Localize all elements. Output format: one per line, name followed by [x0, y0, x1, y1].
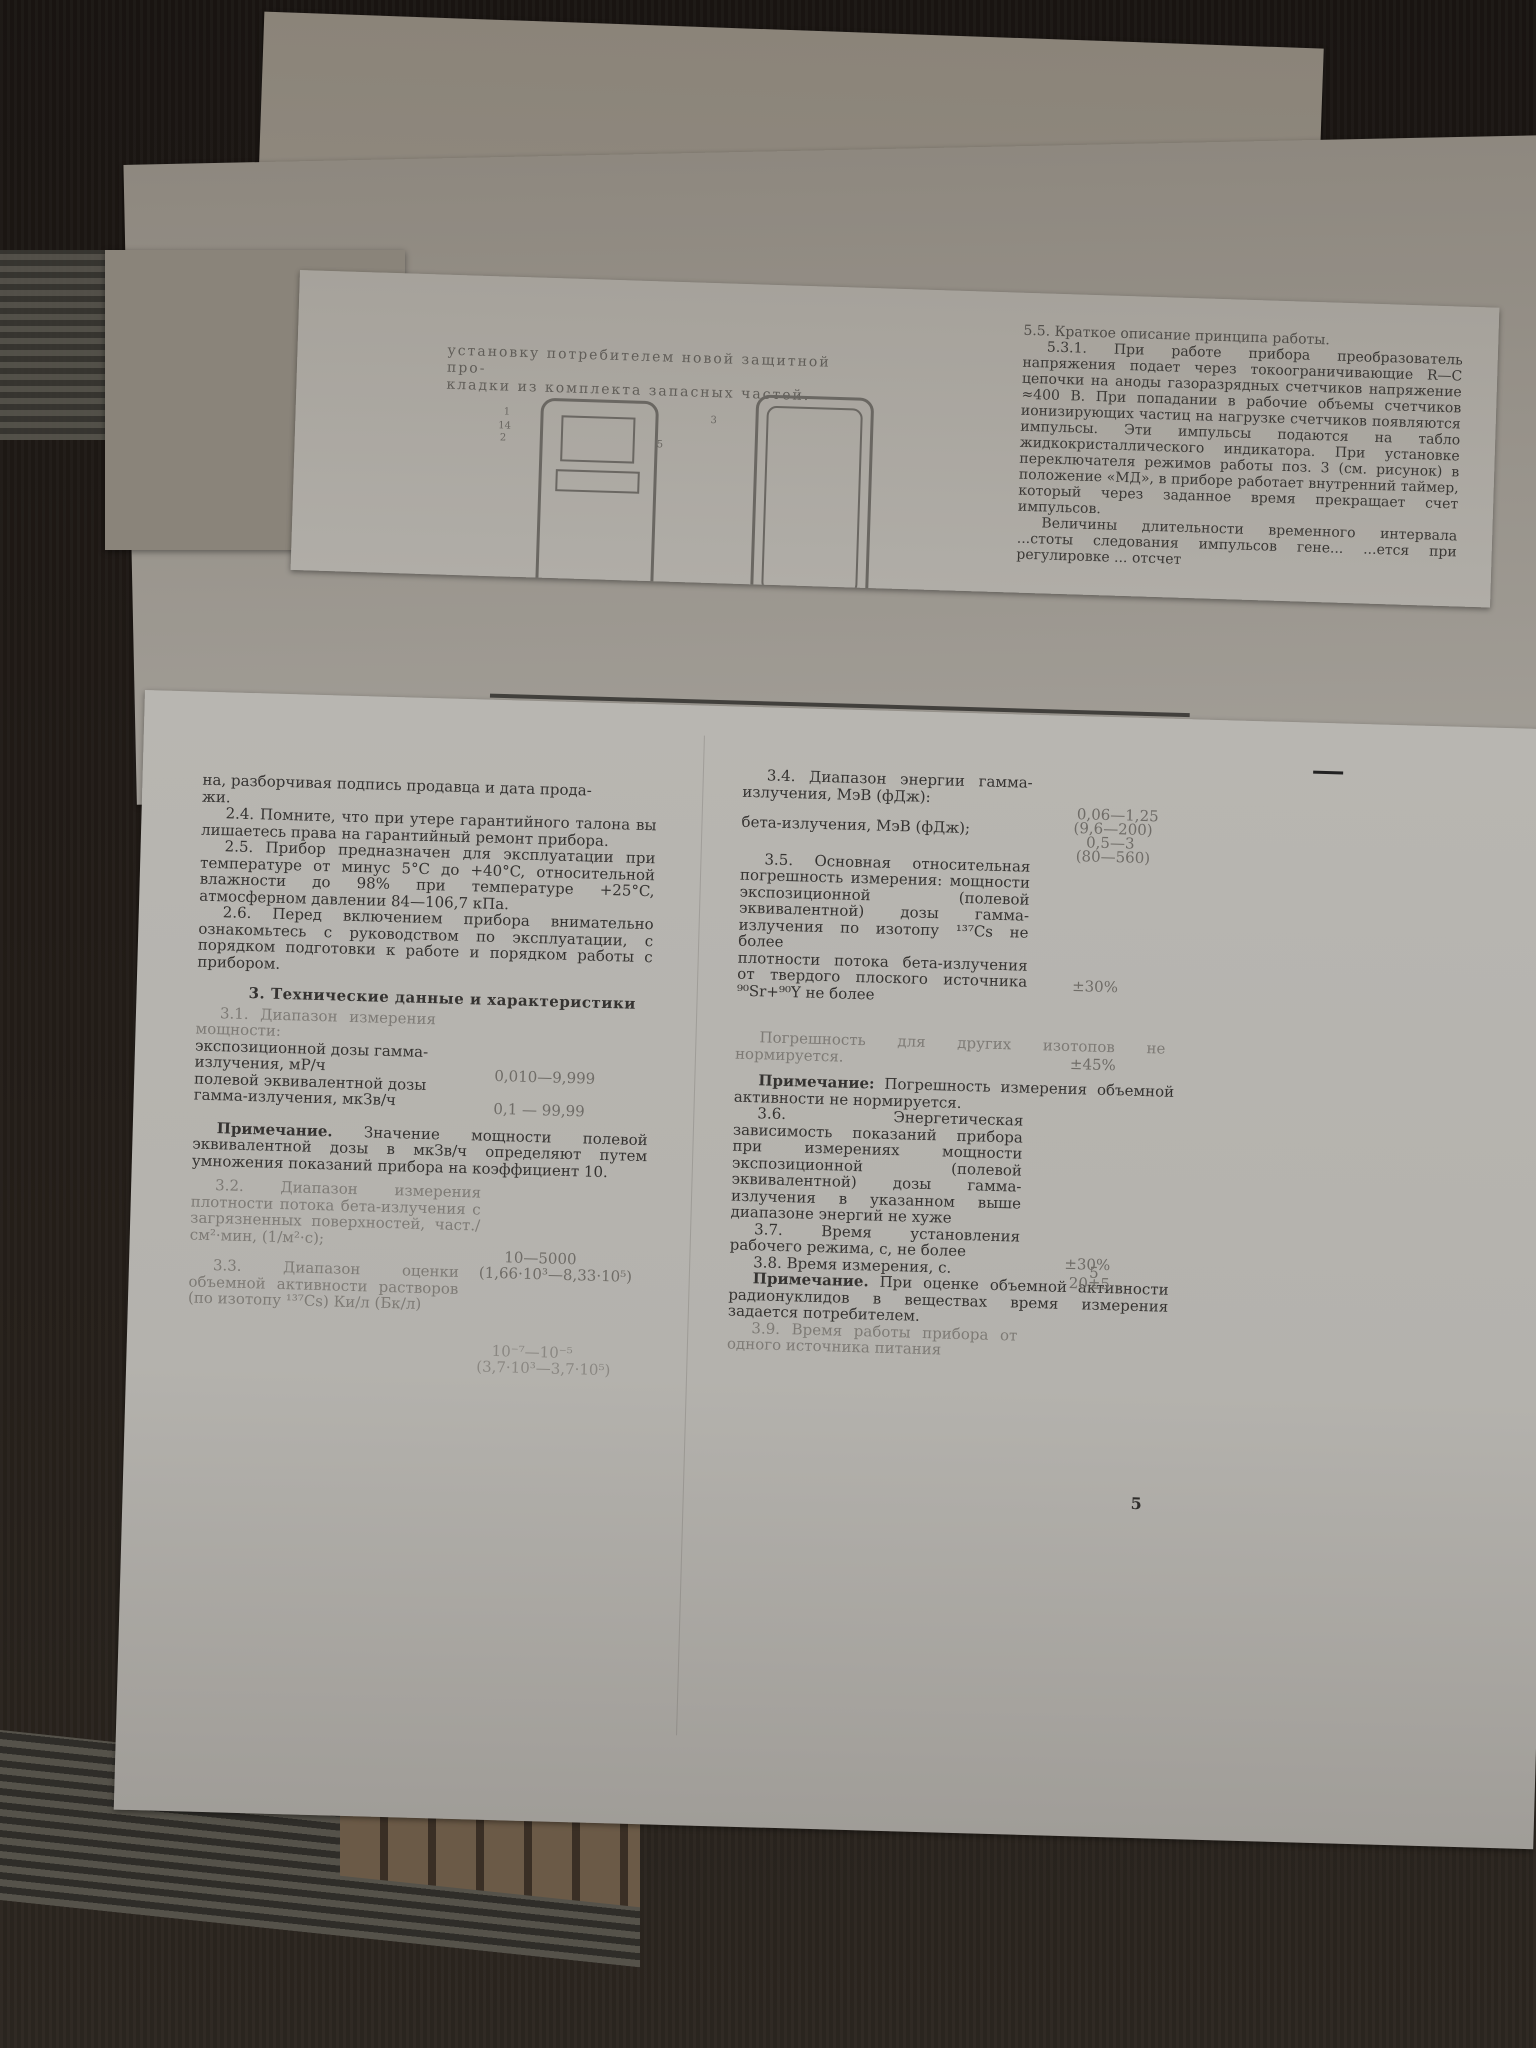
figure-label-1: 1	[503, 406, 510, 417]
device-back-inner	[761, 406, 863, 595]
spec-3-4-title: 3.4. Диапазон энергии гамма-излучения, М…	[742, 767, 1033, 808]
spec-3-9-title: 3.9. Время работы прибора от одного исто…	[727, 1319, 1018, 1360]
right-column: 3.4. Диапазон энергии гамма-излучения, М…	[727, 767, 1183, 1365]
figure-label-5: 5	[657, 439, 664, 450]
upper-page: установку потребителем новой защитной пр…	[291, 270, 1500, 608]
page-corner-mark	[1313, 771, 1343, 775]
paragraph-5-3-1: 5.3.1. При работе прибора преобразовател…	[1018, 339, 1463, 529]
figure-label-14: 14	[498, 420, 511, 431]
spec-3-6-title: 3.6. Энергетическая зависимость показани…	[730, 1105, 1023, 1229]
device-panel	[555, 469, 640, 494]
spec-3-5-title: 3.5. Основная относительная погрешность …	[738, 850, 1031, 957]
figure-label-2: 2	[500, 432, 507, 443]
device-back-figure	[750, 394, 874, 604]
left-column: на, разборчивая подпись продавца и дата …	[188, 772, 658, 1319]
center-fold	[676, 736, 705, 1736]
spec-3-5-beta-label: плотности потока бета-излучения от тверд…	[737, 949, 1028, 1007]
figure-label-3: 3	[710, 415, 717, 426]
item-text: Прибор предназначен для эксплуатации при…	[199, 838, 656, 912]
page-number: 5	[1130, 1494, 1142, 1513]
spec-3-3-value-si: (3,7·10³—3,7·10⁵)	[476, 1359, 611, 1379]
upper-page-right-column: 5.5. Краткое описание принципа работы. 5…	[1016, 323, 1463, 577]
main-page: на, разборчивая подпись продавца и дата …	[114, 690, 1536, 1849]
spec-3-5-value-gamma: ±30%	[1072, 978, 1118, 996]
spec-3-2-title: 3.2. Диапазон измерения плотности потока…	[190, 1176, 482, 1250]
item-2-6: 2.6. Перед включением прибора внимательн…	[197, 904, 654, 983]
spec-3-4: 3.4. Диапазон энергии гамма-излучения, М…	[741, 767, 1183, 843]
device-display	[560, 415, 635, 463]
device-front-figure	[535, 398, 659, 608]
spec-value: 0,1 — 99,99	[493, 1100, 585, 1119]
spec-3-3-title: 3.3. Диапазон оценки объемной активности…	[188, 1256, 459, 1313]
spec-3-2: 3.2. Диапазон измерения плотности потока…	[190, 1176, 647, 1255]
rug-top-left	[0, 250, 120, 440]
spec-3-8-value: 20±5	[1069, 1275, 1111, 1293]
item-text: Перед включением прибора внимательно озн…	[197, 905, 654, 973]
spec-3-5: 3.5. Основная относительная погрешность …	[737, 850, 1181, 1011]
spec-3-6: 3.6. Энергетическая зависимость показани…	[730, 1105, 1173, 1233]
spec-label: полевой эквивалентной дозы гамма-излучен…	[193, 1070, 464, 1111]
spec-3-5-value-beta: ±45%	[1070, 1055, 1116, 1073]
note-1: Примечание. Значение мощности полевой эк…	[192, 1119, 648, 1181]
